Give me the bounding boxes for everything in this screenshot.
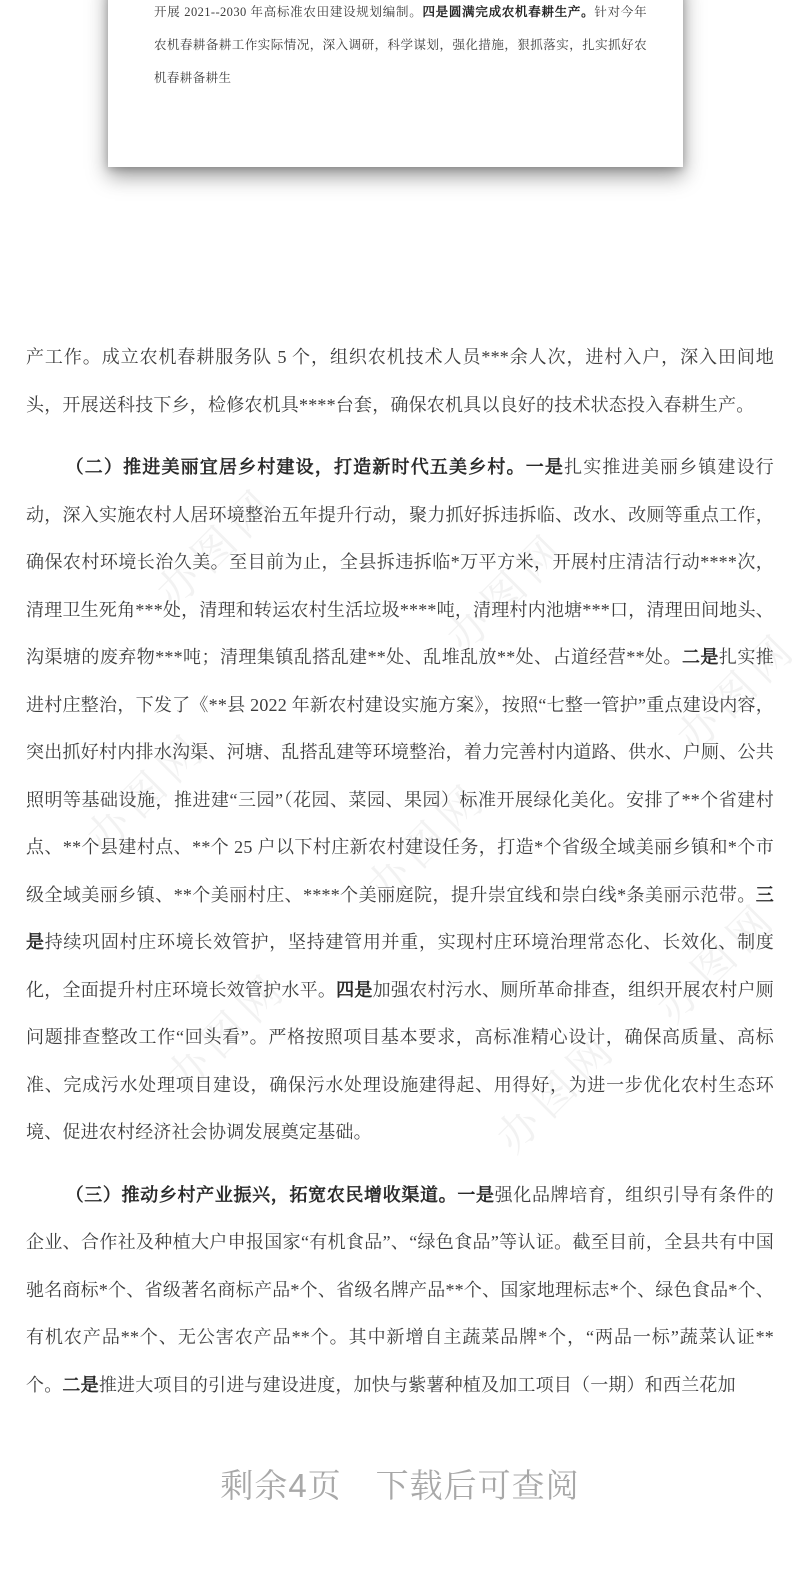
document-page-preview: 开展 2021--2030 年高标准农田建设规划编制。四是圆满完成农机春耕生产。… — [108, 0, 683, 167]
bold-text-segment: 二是 — [62, 1375, 98, 1395]
paragraph: （三）推动乡村产业振兴，拓宽农民增收渠道。一是强化品牌培育，组织引导有条件的企业… — [26, 1172, 774, 1410]
remaining-pages-hint: 剩余4页 下载后可查阅 — [0, 1464, 800, 1508]
text-segment: 扎实推进美丽乡镇建设行动，深入实施农村人居环境整治五年提升行动，聚力抓好拆违拆临… — [26, 457, 774, 667]
preview-page-text: 开展 2021--2030 年高标准农田建设规划编制。四是圆满完成农机春耕生产。… — [154, 0, 647, 95]
text-segment: 推进大项目的引进与建设进度，加快与紫薯种植及加工项目（一期）和西兰花加 — [99, 1375, 736, 1395]
bold-text-segment: （二）推进美丽宜居乡村建设，打造新时代五美乡村。一是 — [66, 457, 564, 477]
text-segment: 加强农村污水、厕所革命排查，组织开展农村户厕问题排查整改工作“回头看”。严格按照… — [26, 980, 774, 1143]
bold-text-segment: 二是 — [682, 647, 719, 667]
bold-text-segment: （三）推动乡村产业振兴，拓宽农民增收渠道。一是 — [66, 1185, 495, 1205]
text-segment: 开展 2021--2030 年高标准农田建设规划编制。 — [154, 5, 422, 19]
paragraph: （二）推进美丽宜居乡村建设，打造新时代五美乡村。一是扎实推进美丽乡镇建设行动，深… — [26, 444, 774, 1157]
text-segment: 产工作。成立农机春耕服务队 5 个，组织农机技术人员***余人次，进村入户，深入… — [26, 347, 774, 415]
bold-text-segment: 四是圆满完成农机春耕生产。 — [422, 5, 594, 19]
document-body: 产工作。成立农机春耕服务队 5 个，组织农机技术人员***余人次，进村入户，深入… — [26, 334, 774, 1424]
bold-text-segment: 四是 — [336, 980, 373, 1000]
text-segment: 强化品牌培育，组织引导有条件的企业、合作社及种植大户申报国家“有机食品”、“绿色… — [26, 1185, 774, 1395]
paragraph: 产工作。成立农机春耕服务队 5 个，组织农机技术人员***余人次，进村入户，深入… — [26, 334, 774, 429]
text-segment: 扎实推进村庄整治，下发了《**县 2022 年新农村建设实施方案》，按照“七整一… — [26, 647, 774, 905]
